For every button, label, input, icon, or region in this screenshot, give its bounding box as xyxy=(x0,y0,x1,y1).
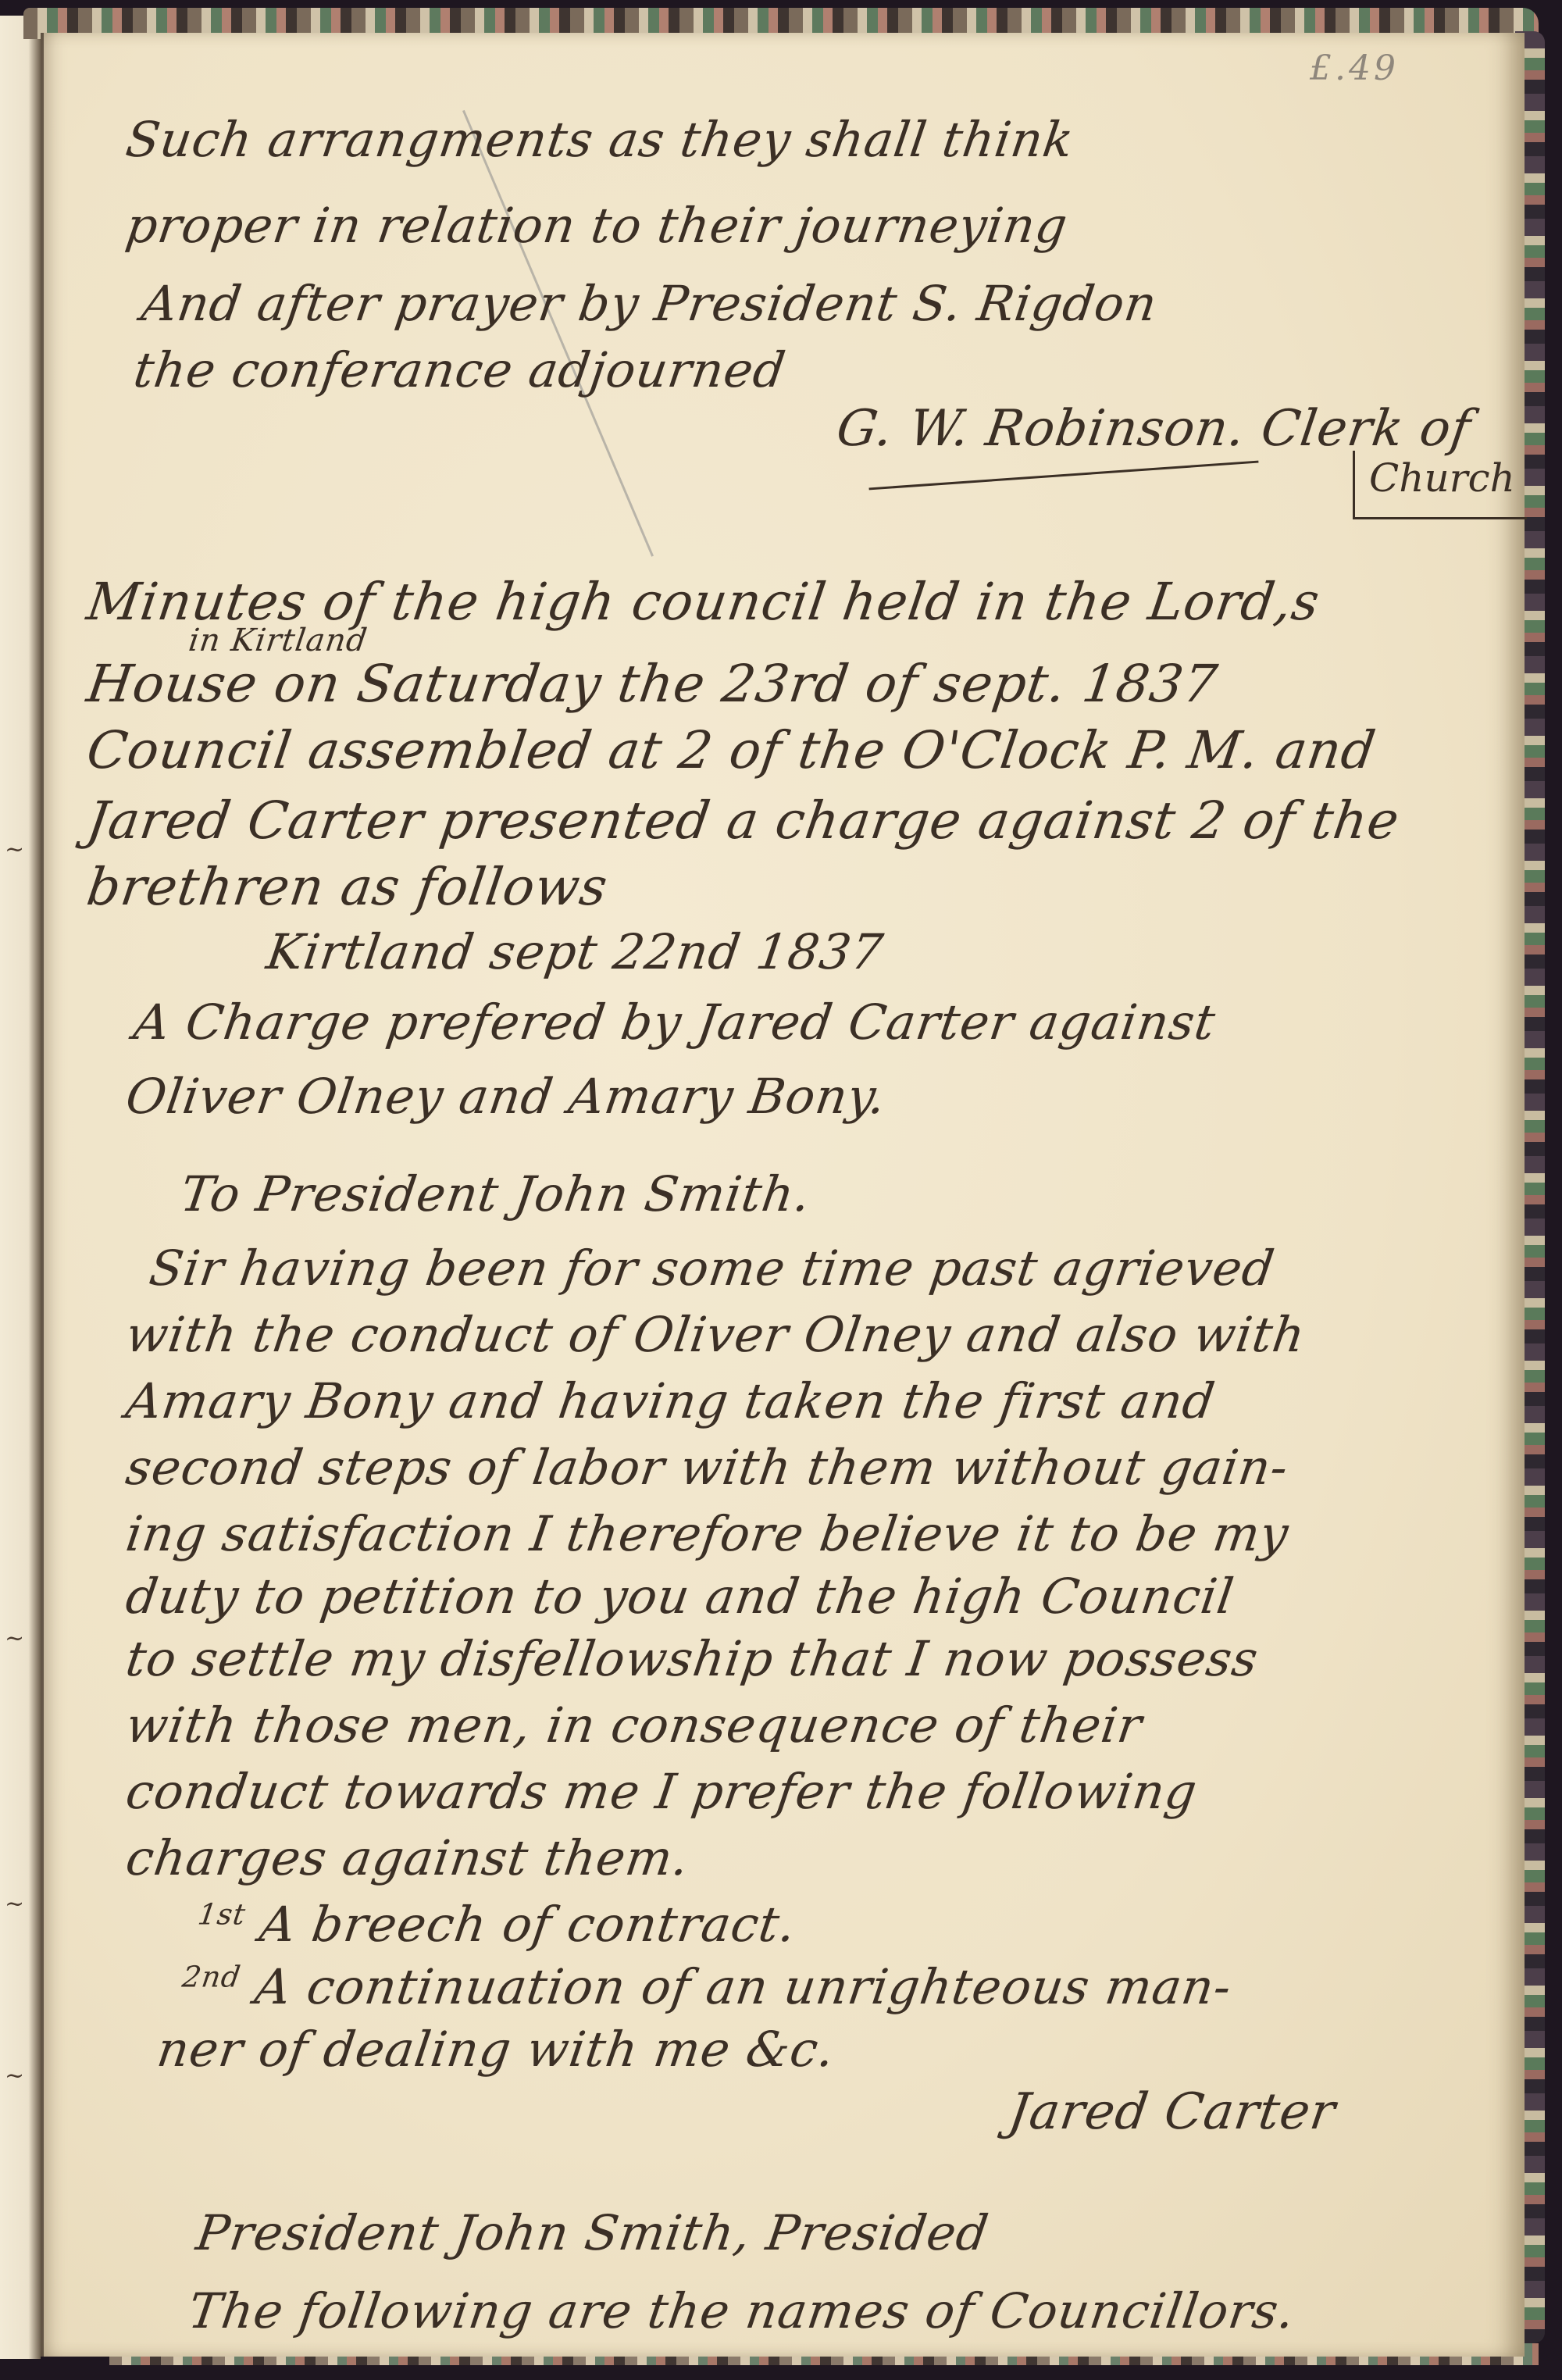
charge-item-1: 1st A breech of contract. xyxy=(193,1896,800,1953)
page-number: £.49 xyxy=(1310,48,1399,88)
letter-line-8: with those men, in consequence of their xyxy=(123,1697,1146,1754)
letter-line-2: with the conduct of Oliver Olney and als… xyxy=(123,1306,1309,1363)
letter-line-3: Amary Bony and having taken the first an… xyxy=(123,1372,1219,1429)
continuation-line-4: the conferance adjourned xyxy=(130,341,790,398)
minutes-line-4: Jared Carter presented a charge against … xyxy=(84,790,1403,851)
continuation-line-3: And after prayer by President S. Rigdon xyxy=(138,275,1161,332)
charge-line-2: Oliver Olney and Amary Bony. xyxy=(123,1068,890,1125)
continuation-line-1: Such arrangments as they shall think xyxy=(123,111,1078,168)
clerk-signature: G. W. Robinson. Clerk of xyxy=(833,400,1475,458)
continuation-line-2: proper in relation to their journeying xyxy=(123,197,1072,254)
pencil-cancel-stroke xyxy=(462,110,654,557)
charge-line-1: A Charge prefered by Jared Carter agains… xyxy=(130,994,1219,1051)
charge-ordinal-2: 2nd xyxy=(180,1959,244,1993)
letter-signature: Jared Carter xyxy=(1005,2083,1339,2141)
charge-dateline: Kirtland sept 22nd 1837 xyxy=(263,923,887,980)
letter-line-10: charges against them. xyxy=(123,1829,693,1886)
charge-text-2: A continuation of an unrighteous man- xyxy=(251,1958,1236,2015)
facing-page-ink-mark: ~ xyxy=(5,836,24,863)
binding-gutter xyxy=(41,33,44,2357)
minutes-line-3: Council assembled at 2 of the O'Clock P.… xyxy=(84,720,1380,780)
manuscript-page: £.49 Such arrangments as they shall thin… xyxy=(41,33,1525,2357)
minutes-line-2: House on Saturday the 23rd of sept. 1837 xyxy=(84,654,1221,714)
minutes-line-5: brethren as follows xyxy=(84,857,612,917)
church-word: Church xyxy=(1369,455,1515,501)
facing-page-ink-mark: ~ xyxy=(5,1625,24,1652)
signature-flourish xyxy=(869,461,1259,491)
charge-item-2-continued: ner of dealing with me &c. xyxy=(154,2021,839,2078)
facing-page-ink-mark: ~ xyxy=(5,2062,24,2089)
letter-line-1: Sir having been for some time past agrie… xyxy=(146,1240,1278,1297)
letter-line-7: to settle my disfellowship that I now po… xyxy=(123,1630,1262,1687)
letter-line-6: duty to petition to you and the high Cou… xyxy=(123,1568,1238,1625)
letter-line-9: conduct towards me I prefer the followin… xyxy=(123,1763,1201,1820)
facing-page-ink-mark: ~ xyxy=(5,1890,24,1918)
closing-line-1: President John Smith, Presided xyxy=(193,2204,993,2261)
church-bracket: Church xyxy=(1353,451,1527,519)
charge-ordinal-1: 1st xyxy=(196,1897,248,1931)
letter-line-4: second steps of labor with them without … xyxy=(123,1439,1292,1496)
charge-item-2: 2nd A continuation of an unrighteous man… xyxy=(177,1958,1236,2015)
closing-line-2: The following are the names of Councillo… xyxy=(185,2282,1299,2339)
letter-line-5: ing satisfaction I therefore believe it … xyxy=(123,1505,1293,1562)
letter-salutation: To President John Smith. xyxy=(177,1165,815,1222)
facing-page-edge: ~ ~ ~ ~ xyxy=(0,16,41,2359)
charge-text-1: A breech of contract. xyxy=(256,1896,800,1953)
